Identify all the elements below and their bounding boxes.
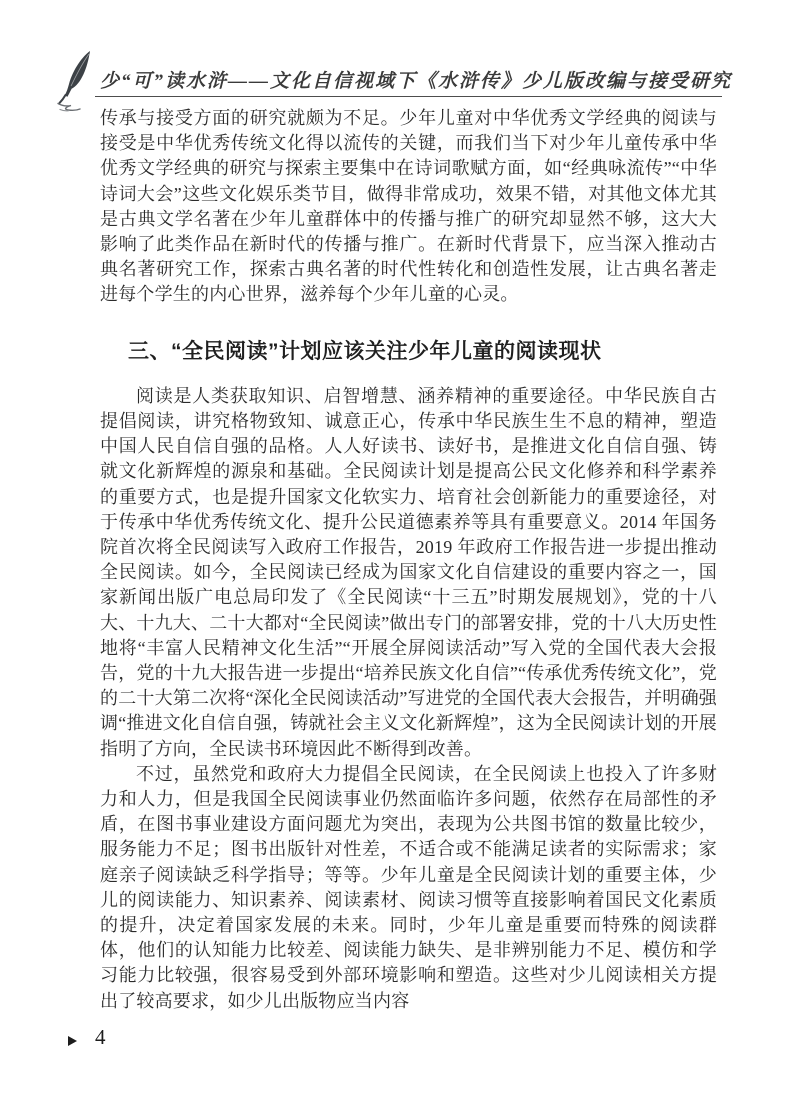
section-heading: 三、“全民阅读”计划应该关注少年儿童的阅读现状 xyxy=(128,339,717,364)
page-footer: 4 xyxy=(0,1028,799,1118)
page-marker-triangle-icon xyxy=(68,1036,77,1046)
book-page: 少“可”读水浒——文化自信视域下《水浒传》少儿版改编与接受研究 传承与接受方面的… xyxy=(0,0,799,1118)
paragraph: 阅读是人类获取知识、启智增慧、涵养精神的重要途径。中华民族自古提倡阅读，讲究格物… xyxy=(100,384,717,762)
header-rule xyxy=(95,96,722,97)
page-header: 少“可”读水浒——文化自信视域下《水浒传》少儿版改编与接受研究 xyxy=(0,0,799,97)
running-head-title: 少“可”读水浒——文化自信视域下《水浒传》少儿版改编与接受研究 xyxy=(100,66,720,93)
page-number: 4 xyxy=(95,1025,106,1050)
paragraph-continuation: 传承与接受方面的研究就颇为不足。少年儿童对中华优秀文学经典的阅读与接受是中华优秀… xyxy=(100,106,717,308)
paragraph: 不过，虽然党和政府大力提倡全民阅读，在全民阅读上也投入了许多财力和人力，但是我国… xyxy=(100,762,717,1014)
quill-pen-icon xyxy=(57,50,103,114)
page-content: 传承与接受方面的研究就颇为不足。少年儿童对中华优秀文学经典的阅读与接受是中华优秀… xyxy=(0,97,799,1014)
